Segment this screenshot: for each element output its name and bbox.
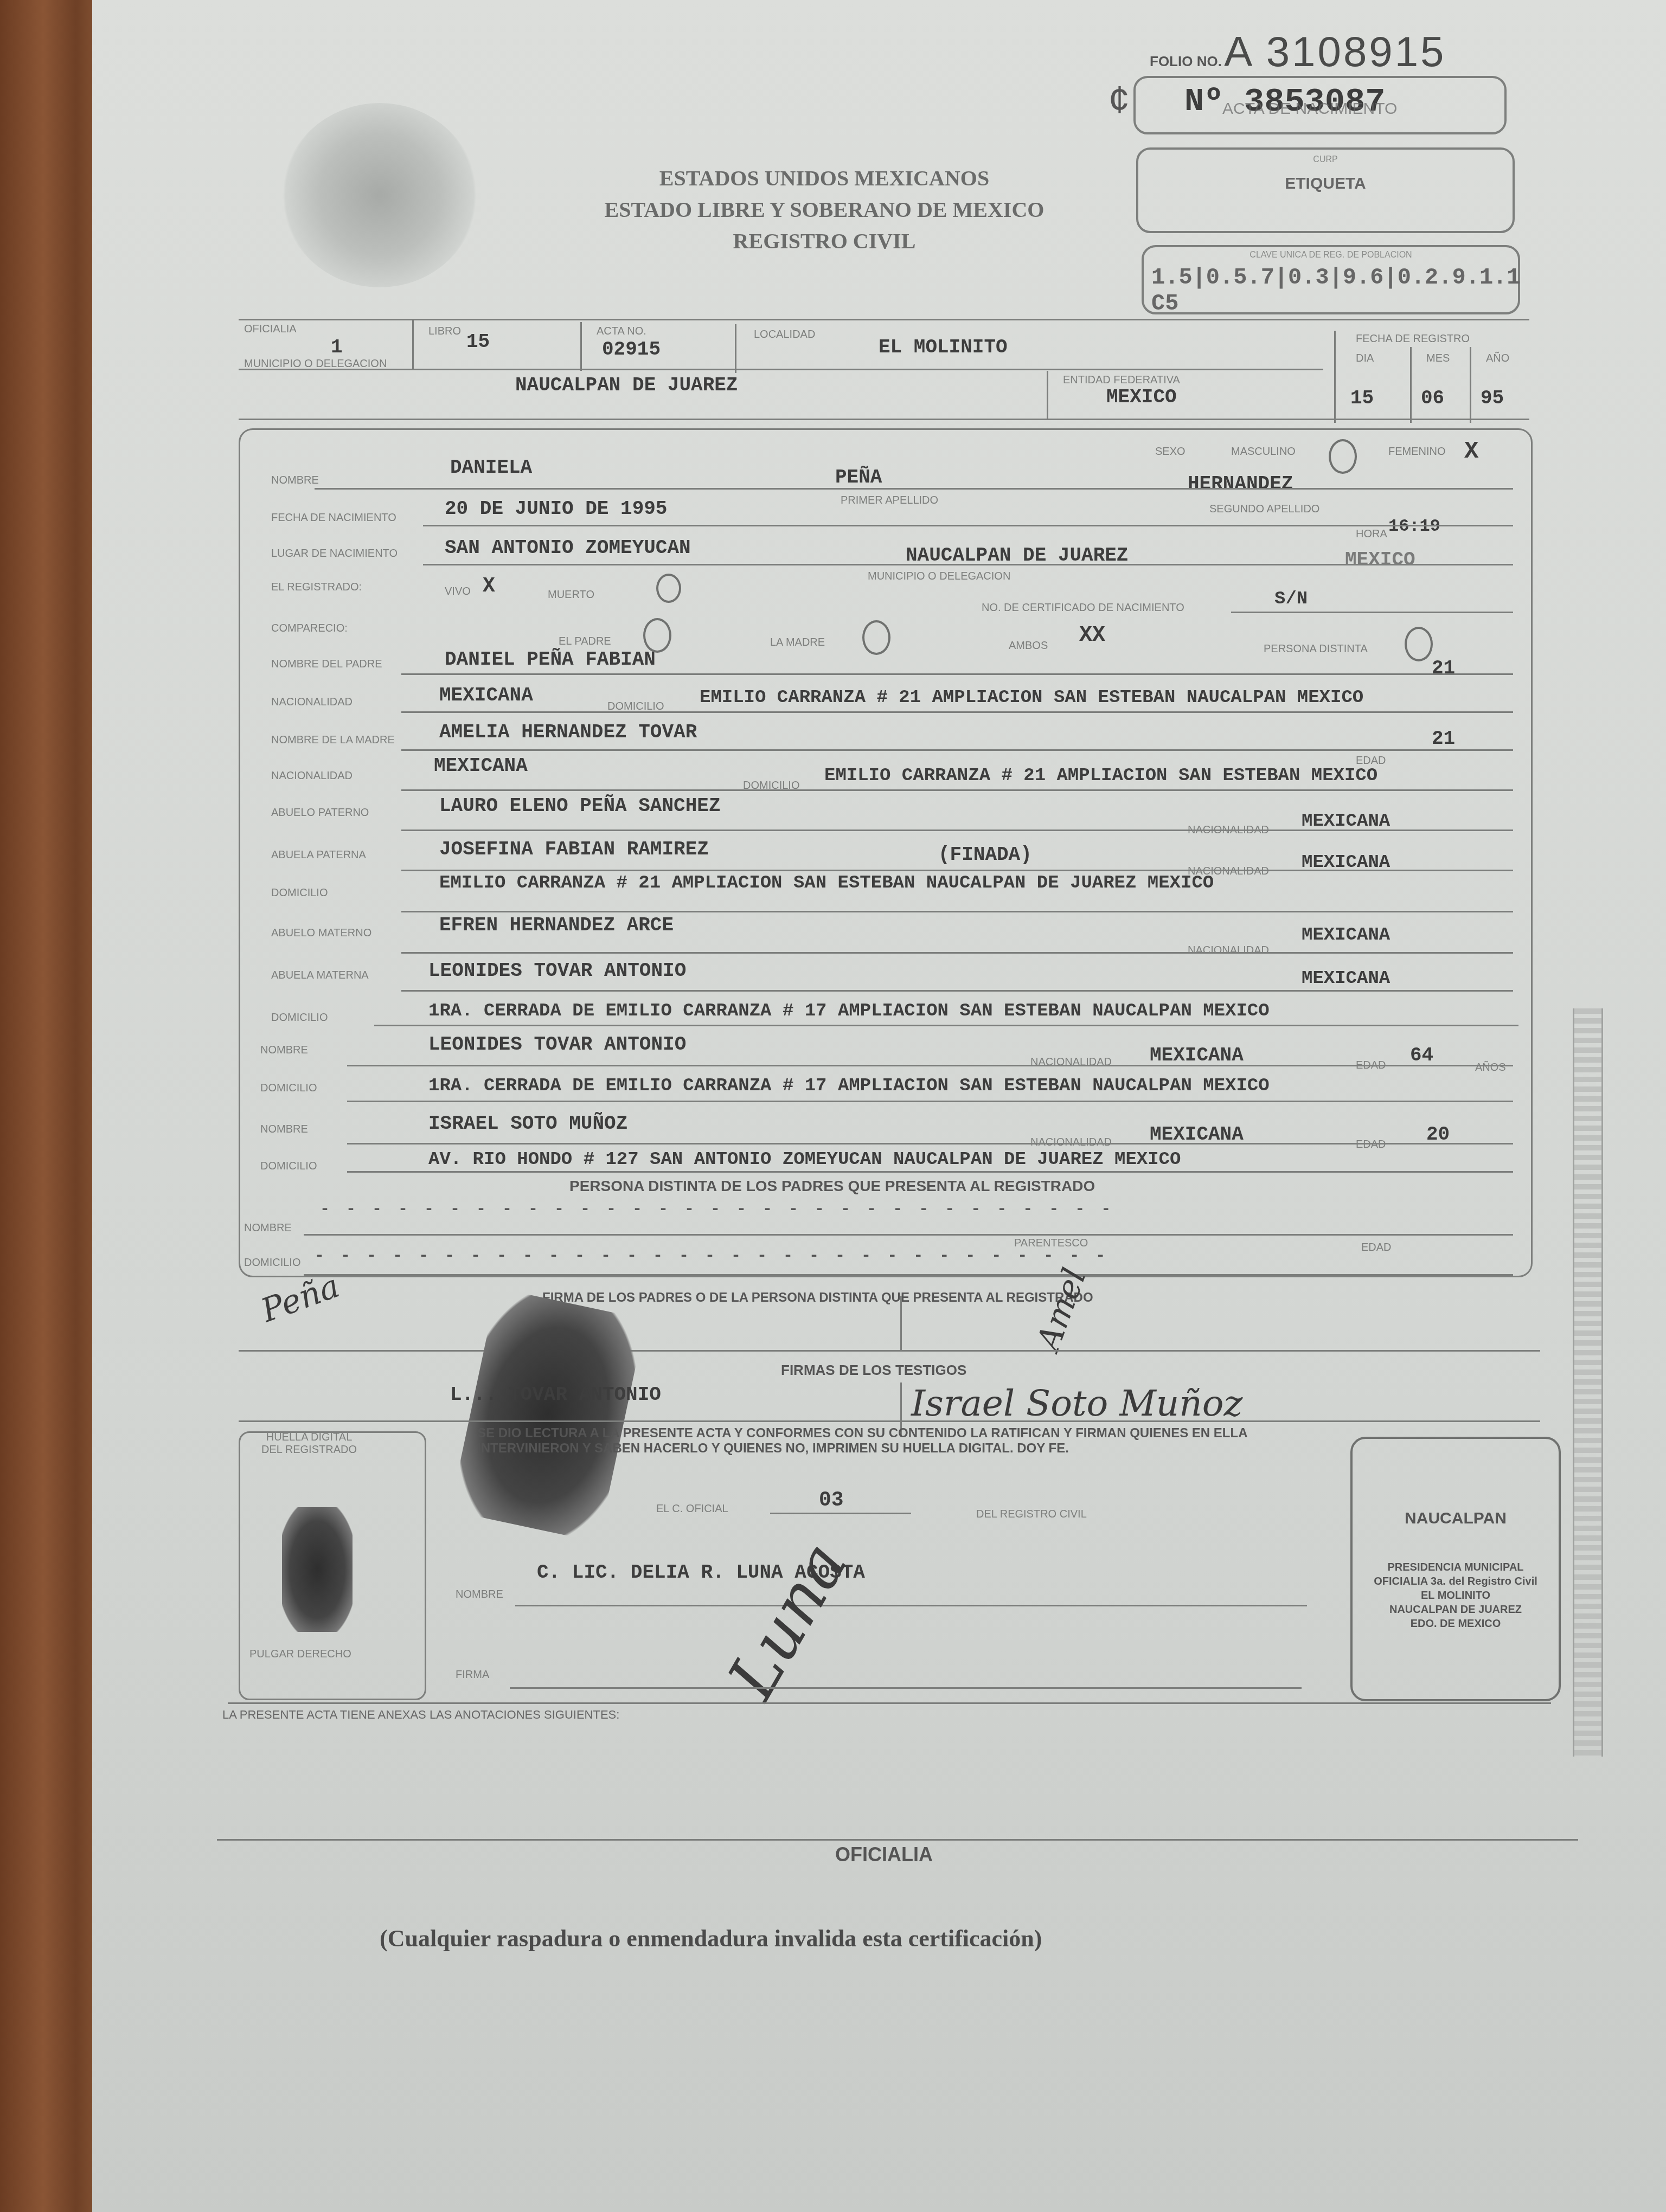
muerto-radio[interactable] [656,574,681,603]
municipal-stamp: NAUCALPAN PRESIDENCIA MUNICIPAL OFICIALI… [1350,1437,1561,1701]
header-line-2: ESTADO LIBRE Y SOBERANO DE MEXICO [488,194,1161,226]
testigo1-edad: 64 [1410,1044,1433,1066]
madre-edad: 21 [1432,728,1455,750]
abuelo-materno: EFREN HERNANDEZ ARCE [439,914,674,936]
municipio-nacimiento: NAUCALPAN DE JUAREZ [906,544,1128,567]
padre-radio[interactable] [643,618,671,653]
testigo2-domicilio: AV. RIO HONDO # 127 SAN ANTONIO ZOMEYUCA… [428,1149,1181,1170]
localidad-value: EL MOLINITO [879,336,1008,358]
curp-label-box: CURP ETIQUETA [1136,147,1515,233]
abuela-paterna-finada: (FINADA) [938,844,1032,866]
anotaciones-label: LA PRESENTE ACTA TIENE ANEXAS LAS ANOTAC… [222,1708,619,1722]
testigo2-nombre: ISRAEL SOTO MUÑOZ [428,1113,627,1135]
vivo-mark: X [483,575,495,598]
padre-edad: 21 [1432,657,1455,679]
certificado-nacimiento: S/N [1274,589,1308,609]
entidad-value: MEXICO [1106,386,1177,408]
libro-value: 15 [466,331,490,353]
document-header: ESTADOS UNIDOS MEXICANOS ESTADO LIBRE Y … [488,163,1161,257]
persona-distinta-radio[interactable] [1405,627,1433,661]
registrado-segundo-apellido: HERNANDEZ [1188,473,1293,495]
oficialia-value: 1 [331,336,343,358]
padre-nacionalidad: MEXICANA [439,684,533,706]
stamp-text: PRESIDENCIA MUNICIPAL OFICIALIA 3a. del … [1353,1560,1559,1631]
abuelo-materno-nacionalidad: MEXICANA [1302,925,1390,946]
testigo2-nacionalidad: MEXICANA [1150,1123,1244,1146]
madre-radio[interactable] [862,620,890,655]
testigo2-edad: 20 [1426,1123,1450,1146]
persona-distinta-title: PERSONA DISTINTA DE LOS PADRES QUE PRESE… [569,1178,1095,1195]
padre-nombre: DANIEL PEÑA FABIAN [445,648,656,671]
oficial-numero: 03 [819,1489,844,1512]
lugar-nacimiento: SAN ANTONIO ZOMEYUCAN [445,537,691,559]
firma-testigos-title: FIRMAS DE LOS TESTIGOS [781,1362,966,1379]
padre-domicilio: EMILIO CARRANZA # 21 AMPLIACION SAN ESTE… [700,687,1363,708]
acta-value: 02915 [602,338,661,361]
madre-nacionalidad: MEXICANA [434,755,528,777]
entidad-nacimiento: MEXICO [1345,549,1415,571]
testigo1-firma: L... TOVAR ANTONIO [450,1384,661,1406]
masculino-radio[interactable] [1329,439,1357,474]
lectura-declaration: SE DIO LECTURA A LA PRESENTE ACTA Y CONF… [477,1426,1312,1456]
testigo2-signature: Israel Soto Muñoz [911,1382,1242,1424]
national-seal-icon [282,103,477,287]
side-security-strip [1573,1008,1603,1757]
abuelo-paterno-nacionalidad: MEXICANA [1302,811,1390,832]
abuela-materna-nacionalidad: MEXICANA [1302,968,1390,989]
registrado-thumbprint-icon [282,1507,353,1632]
testigo1-nombre: LEONIDES TOVAR ANTONIO [428,1033,686,1056]
madre-nombre: AMELIA HERNANDEZ TOVAR [439,721,697,743]
domicilio-abuelos-maternos: 1RA. CERRADA DE EMILIO CARRANZA # 17 AMP… [428,1001,1270,1021]
domicilio-abuelos-paternos: EMILIO CARRANZA # 21 AMPLIACION SAN ESTE… [439,873,1214,893]
oficialia-footer: OFICIALIA [835,1843,933,1866]
registrado-primer-apellido: PEÑA [835,466,882,488]
registrado-nombre: DANIELA [450,456,532,479]
header-line-1: ESTADOS UNIDOS MEXICANOS [488,163,1161,194]
header-line-3: REGISTRO CIVIL [488,226,1161,257]
folio-number: FOLIO No. A 3108915 [1150,27,1446,76]
acta-number-box: ¢ Nº 3853087 ACTA DE NACIMIENTO [1133,76,1507,134]
madre-domicilio: EMILIO CARRANZA # 21 AMPLIACION SAN ESTE… [824,766,1377,786]
abuela-materna: LEONIDES TOVAR ANTONIO [428,960,686,982]
registro-mes: 06 [1421,387,1444,409]
footer-notice: (Cualquier raspadura o enmendadura inval… [380,1925,1042,1952]
municipio-value: NAUCALPAN DE JUAREZ [515,374,738,396]
femenino-mark: X [1464,438,1478,465]
registro-anio: 95 [1481,387,1504,409]
testigo1-nacionalidad: MEXICANA [1150,1044,1244,1066]
abuelo-paterno: LAURO ELENO PEÑA SANCHEZ [439,795,720,817]
firma-padres-title: FIRMA DE LOS PADRES O DE LA PERSONA DIST… [542,1290,1093,1306]
testigo1-domicilio: 1RA. CERRADA DE EMILIO CARRANZA # 17 AMP… [428,1076,1270,1096]
clave-unica-box: CLAVE UNICA DE REG. DE POBLACION 1.5|0.5… [1142,245,1520,314]
registro-dia: 15 [1350,387,1374,409]
abuela-paterna: JOSEFINA FABIAN RAMIREZ [439,838,709,860]
ambos-mark: XX [1079,623,1105,648]
fecha-nacimiento: 20 DE JUNIO DE 1995 [445,498,667,520]
